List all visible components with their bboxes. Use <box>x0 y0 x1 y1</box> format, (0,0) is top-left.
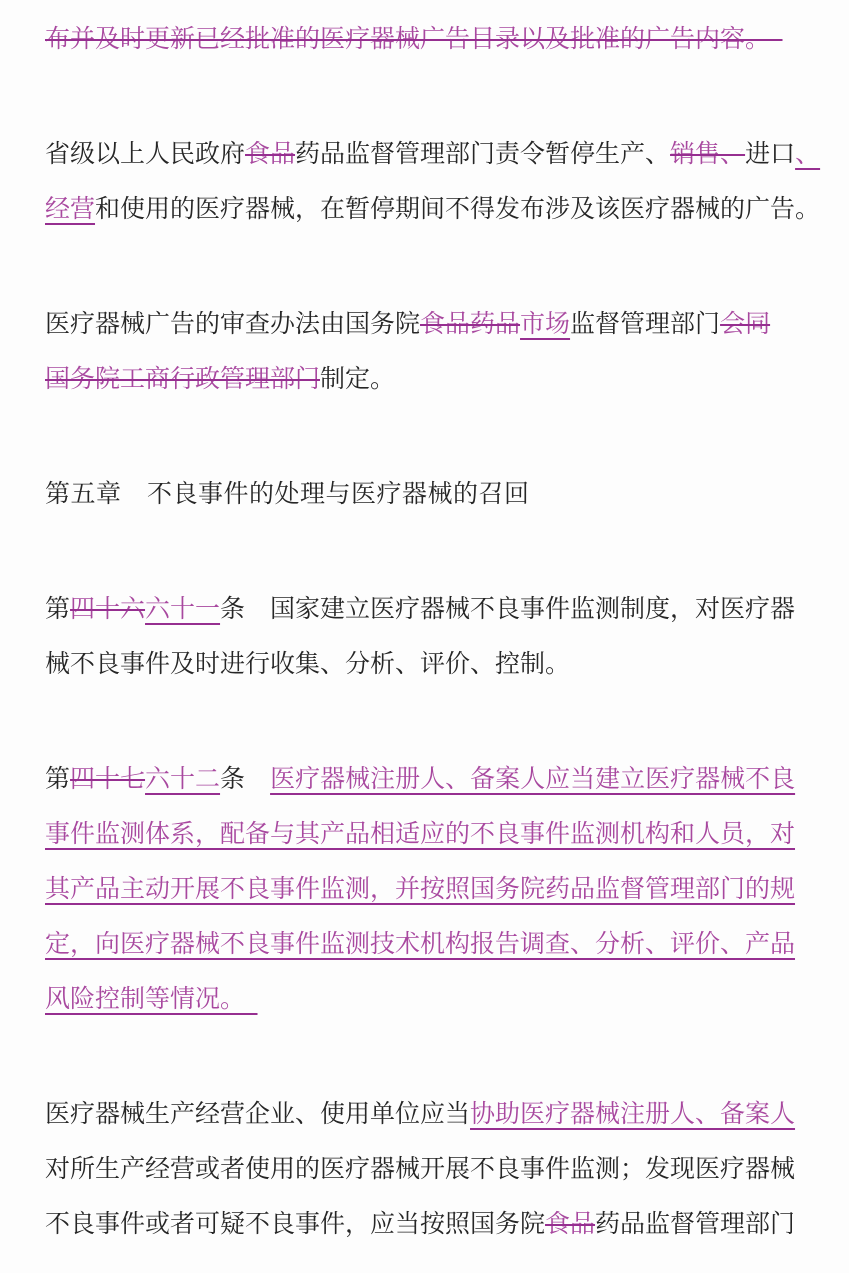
text-segment: 药品监督管理部门 <box>595 1211 795 1238</box>
text-line: 其产品主动开展不良事件监测，并按照国务院药品监督管理部门的规 <box>45 862 829 917</box>
text-segment: 和使用的医疗器械，在暂停期间不得发布涉及该医疗器械的广告。 <box>95 196 820 223</box>
text-segment: 制定。 <box>320 366 395 393</box>
inserted-text-segment: 六十一 <box>145 596 220 623</box>
text-segment: 医疗器械生产经营企业、使用单位应当 <box>45 1101 470 1128</box>
text-line: 布并及时更新已经批准的医疗器械广告目录以及批准的广告内容。 <box>45 12 829 67</box>
document-body: 布并及时更新已经批准的医疗器械广告目录以及批准的广告内容。 省级以上人民政府食品… <box>45 12 829 1252</box>
text-line: 械不良事件及时进行收集、分析、评价、控制。 <box>45 637 829 692</box>
text-line: 不良事件或者可疑不良事件，应当按照国务院食品药品监督管理部门 <box>45 1197 829 1252</box>
text-line: 对所生产经营或者使用的医疗器械开展不良事件监测；发现医疗器械 <box>45 1142 829 1197</box>
deleted-text-segment: 国务院工商行政管理部门 <box>45 366 320 393</box>
deleted-text-segment: 食品 <box>245 141 295 168</box>
text-segment: 医疗器械广告的审查办法由国务院 <box>45 311 420 338</box>
paragraph-adverse-event-assist: 医疗器械生产经营企业、使用单位应当协助医疗器械注册人、备案人对所生产经营或者使用… <box>45 1087 829 1252</box>
article-62-paragraph: 第四十七六十二条 医疗器械注册人、备案人应当建立医疗器械不良事件监测体系，配备与… <box>45 752 829 1027</box>
text-segment: 监督管理部门 <box>570 311 720 338</box>
text-line: 医疗器械生产经营企业、使用单位应当协助医疗器械注册人、备案人 <box>45 1087 829 1142</box>
inserted-text-segment: 经营 <box>45 196 95 223</box>
inserted-text-segment: 其产品主动开展不良事件监测，并按照国务院药品监督管理部门的规 <box>45 876 795 903</box>
article-61-paragraph: 第四十六六十一条 国家建立医疗器械不良事件监测制度，对医疗器械不良事件及时进行收… <box>45 582 829 692</box>
text-segment: 条 <box>220 766 270 793</box>
text-segment: 械不良事件及时进行收集、分析、评价、控制。 <box>45 651 570 678</box>
text-segment: 第 <box>45 766 70 793</box>
inserted-text-segment: 事件监测体系，配备与其产品相适应的不良事件监测机构和人员，对 <box>45 821 795 848</box>
deleted-text-segment: 食品药品 <box>420 311 520 338</box>
text-line: 第四十七六十二条 医疗器械注册人、备案人应当建立医疗器械不良 <box>45 752 829 807</box>
deleted-text-segment: 食品 <box>545 1211 595 1238</box>
chapter-5-heading: 第五章 不良事件的处理与医疗器械的召回 <box>45 467 829 522</box>
text-segment: 进口 <box>745 141 795 168</box>
inserted-text-segment: 医疗器械注册人、备案人应当建立医疗器械不良 <box>270 766 795 793</box>
text-segment: 对所生产经营或者使用的医疗器械开展不良事件监测；发现医疗器械 <box>45 1156 795 1183</box>
inserted-text-segment: 市场 <box>520 311 570 338</box>
inserted-text-segment: 风险控制等情况。 <box>45 986 258 1013</box>
text-segment: 不良事件或者可疑不良事件，应当按照国务院 <box>45 1211 545 1238</box>
text-line: 事件监测体系，配备与其产品相适应的不良事件监测机构和人员，对 <box>45 807 829 862</box>
paragraph-ad-review-measures: 医疗器械广告的审查办法由国务院食品药品市场监督管理部门会同国务院工商行政管理部门… <box>45 297 829 407</box>
text-line: 省级以上人民政府食品药品监督管理部门责令暂停生产、销售、进口、 <box>45 127 829 182</box>
text-segment: 第 <box>45 596 70 623</box>
text-segment: 条 国家建立医疗器械不良事件监测制度，对医疗器 <box>220 596 795 623</box>
inserted-text-segment: 六十二 <box>145 766 220 793</box>
inserted-text-segment: 协助医疗器械注册人、备案人 <box>470 1101 795 1128</box>
deleted-text-segment: 布并及时更新已经批准的医疗器械广告目录以及批准的广告内容。 <box>45 26 783 53</box>
revision-deleted-ad-catalog-line: 布并及时更新已经批准的医疗器械广告目录以及批准的广告内容。 <box>45 12 829 67</box>
text-line: 第四十六六十一条 国家建立医疗器械不良事件监测制度，对医疗器 <box>45 582 829 637</box>
text-line: 国务院工商行政管理部门制定。 <box>45 352 829 407</box>
inserted-text-segment: 、 <box>795 141 820 168</box>
text-line: 经营和使用的医疗器械，在暂停期间不得发布涉及该医疗器械的广告。 <box>45 182 829 237</box>
text-line: 医疗器械广告的审查办法由国务院食品药品市场监督管理部门会同 <box>45 297 829 352</box>
text-line: 定，向医疗器械不良事件监测技术机构报告调查、分析、评价、产品 <box>45 917 829 972</box>
paragraph-suspension-order: 省级以上人民政府食品药品监督管理部门责令暂停生产、销售、进口、经营和使用的医疗器… <box>45 127 829 237</box>
text-line: 第五章 不良事件的处理与医疗器械的召回 <box>45 467 829 522</box>
inserted-text-segment: 定，向医疗器械不良事件监测技术机构报告调查、分析、评价、产品 <box>45 931 795 958</box>
text-line: 风险控制等情况。 <box>45 972 829 1027</box>
text-segment: 省级以上人民政府 <box>45 141 245 168</box>
text-segment: 第五章 不良事件的处理与医疗器械的召回 <box>45 481 530 508</box>
text-segment: 药品监督管理部门责令暂停生产、 <box>295 141 670 168</box>
deleted-text-segment: 销售、 <box>670 141 745 168</box>
deleted-text-segment: 四十七 <box>70 766 145 793</box>
deleted-text-segment: 会同 <box>720 311 770 338</box>
deleted-text-segment: 四十六 <box>70 596 145 623</box>
document-page: 布并及时更新已经批准的医疗器械广告目录以及批准的广告内容。 省级以上人民政府食品… <box>0 0 849 1273</box>
